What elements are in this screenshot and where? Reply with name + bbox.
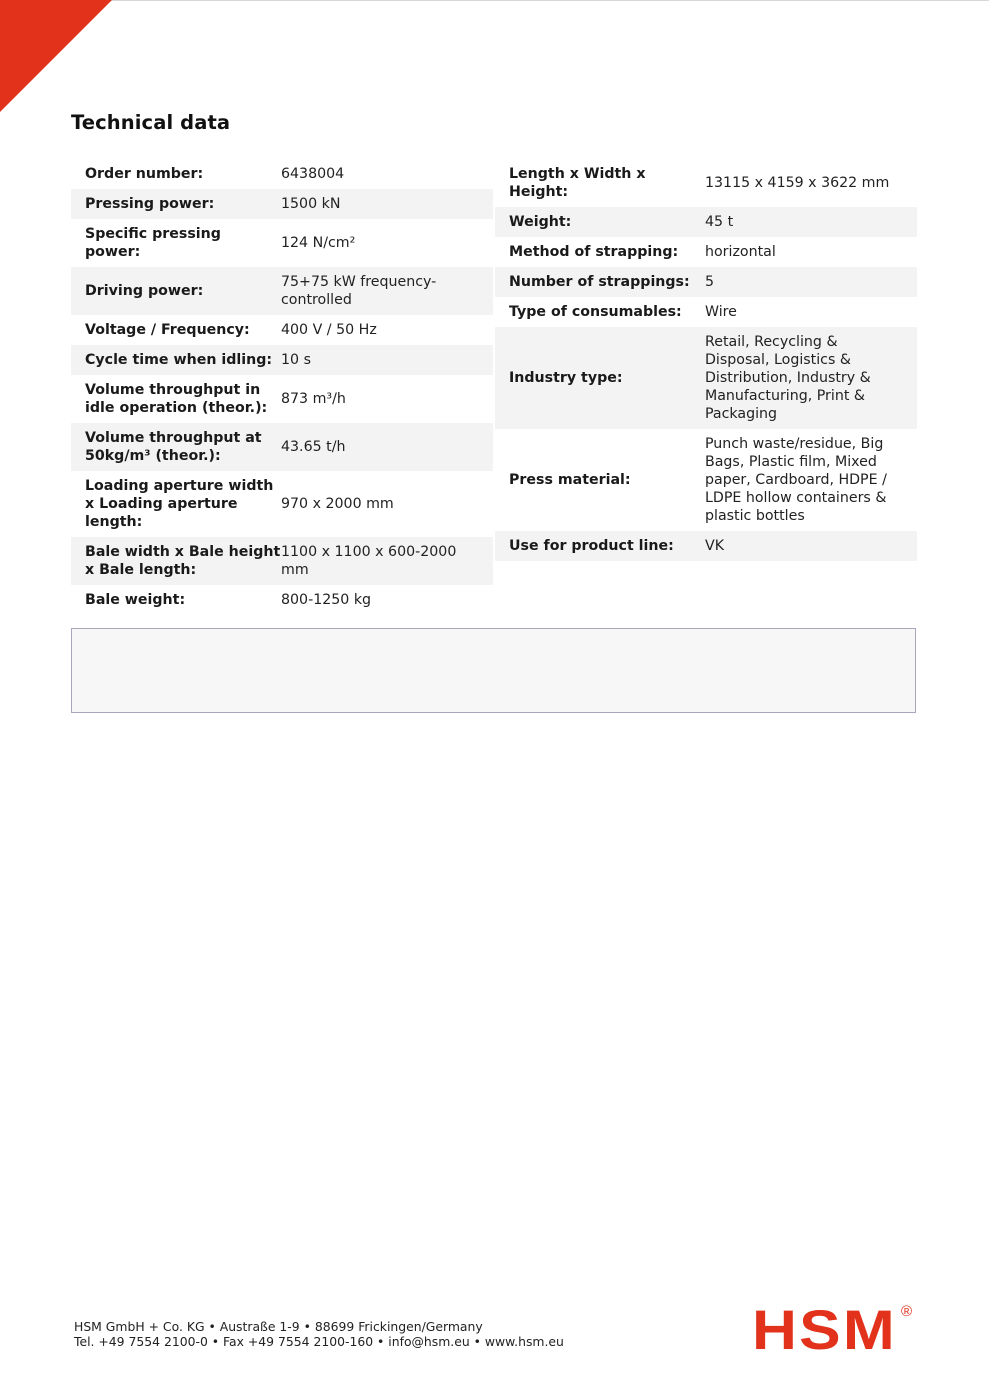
spec-label: Driving power: [71, 282, 281, 300]
spec-label: Order number: [71, 165, 281, 183]
spec-value: 400 V / 50 Hz [281, 321, 481, 339]
spec-row: Volume throughput in idle operation (the… [71, 375, 493, 423]
spec-label: Press material: [495, 471, 705, 489]
spec-row: Industry type:Retail, Recycling & Dispos… [495, 327, 917, 429]
spec-row: Order number:6438004 [71, 159, 493, 189]
spec-row: Weight:45 t [495, 207, 917, 237]
spec-value: Punch waste/residue, Big Bags, Plastic f… [705, 435, 905, 525]
spec-row: Pressing power:1500 kN [71, 189, 493, 219]
footer-line-1: HSM GmbH + Co. KG • Austraße 1-9 • 88699… [74, 1319, 564, 1334]
page-title: Technical data [71, 111, 230, 134]
spec-label: Voltage / Frequency: [71, 321, 281, 339]
spec-row: Cycle time when idling:10 s [71, 345, 493, 375]
spec-value: 124 N/cm² [281, 234, 481, 252]
spec-value: 6438004 [281, 165, 481, 183]
spec-row: Use for product line:VK [495, 531, 917, 561]
spec-value: 75+75 kW frequency-controlled [281, 273, 481, 309]
spec-row: Loading aperture width x Loading apertur… [71, 471, 493, 537]
spec-row: Volume throughput at 50kg/m³ (theor.):43… [71, 423, 493, 471]
top-border [0, 0, 989, 1]
spec-label: Bale width x Bale height x Bale length: [71, 543, 281, 579]
footer-line-2: Tel. +49 7554 2100-0 • Fax +49 7554 2100… [74, 1334, 564, 1349]
spec-value: horizontal [705, 243, 905, 261]
spec-label: Use for product line: [495, 537, 705, 555]
spec-label: Number of strappings: [495, 273, 705, 291]
spec-value: 800-1250 kg [281, 591, 481, 609]
spec-row: Voltage / Frequency:400 V / 50 Hz [71, 315, 493, 345]
spec-label: Bale weight: [71, 591, 281, 609]
spec-row: Method of strapping:horizontal [495, 237, 917, 267]
spec-value: 1100 x 1100 x 600-2000 mm [281, 543, 481, 579]
left-spec-table: Order number:6438004Pressing power:1500 … [71, 159, 493, 615]
spec-value: Retail, Recycling & Disposal, Logistics … [705, 333, 905, 423]
spec-value: 43.65 t/h [281, 438, 481, 456]
spec-value: 10 s [281, 351, 481, 369]
svg-text:HSM: HSM [752, 1300, 897, 1352]
spec-label: Specific pressing power: [71, 225, 281, 261]
spec-row: Driving power:75+75 kW frequency-control… [71, 267, 493, 315]
spec-label: Industry type: [495, 369, 705, 387]
footer-address: HSM GmbH + Co. KG • Austraße 1-9 • 88699… [74, 1319, 564, 1349]
right-spec-table: Length x Width x Height:13115 x 4159 x 3… [495, 159, 917, 561]
hsm-logo: HSM ® [752, 1300, 917, 1356]
spec-row: Bale weight:800-1250 kg [71, 585, 493, 615]
spec-label: Volume throughput in idle operation (the… [71, 381, 281, 417]
spec-label: Weight: [495, 213, 705, 231]
spec-label: Volume throughput at 50kg/m³ (theor.): [71, 429, 281, 465]
spec-row: Type of consumables:Wire [495, 297, 917, 327]
spec-value: 970 x 2000 mm [281, 495, 481, 513]
spec-label: Length x Width x Height: [495, 165, 705, 201]
spec-value: 45 t [705, 213, 905, 231]
spec-row: Length x Width x Height:13115 x 4159 x 3… [495, 159, 917, 207]
spec-row: Press material:Punch waste/residue, Big … [495, 429, 917, 531]
spec-value: 13115 x 4159 x 3622 mm [705, 174, 905, 192]
svg-text:®: ® [901, 1303, 912, 1320]
spec-row: Number of strappings:5 [495, 267, 917, 297]
spec-label: Method of strapping: [495, 243, 705, 261]
spec-value: Wire [705, 303, 905, 321]
spec-label: Cycle time when idling: [71, 351, 281, 369]
spec-value: 1500 kN [281, 195, 481, 213]
spec-value: 873 m³/h [281, 390, 481, 408]
spec-label: Pressing power: [71, 195, 281, 213]
spec-row: Specific pressing power:124 N/cm² [71, 219, 493, 267]
notes-box [71, 628, 916, 713]
spec-label: Loading aperture width x Loading apertur… [71, 477, 281, 531]
corner-accent [0, 0, 112, 112]
spec-value: 5 [705, 273, 905, 291]
spec-label: Type of consumables: [495, 303, 705, 321]
spec-row: Bale width x Bale height x Bale length:1… [71, 537, 493, 585]
spec-value: VK [705, 537, 905, 555]
